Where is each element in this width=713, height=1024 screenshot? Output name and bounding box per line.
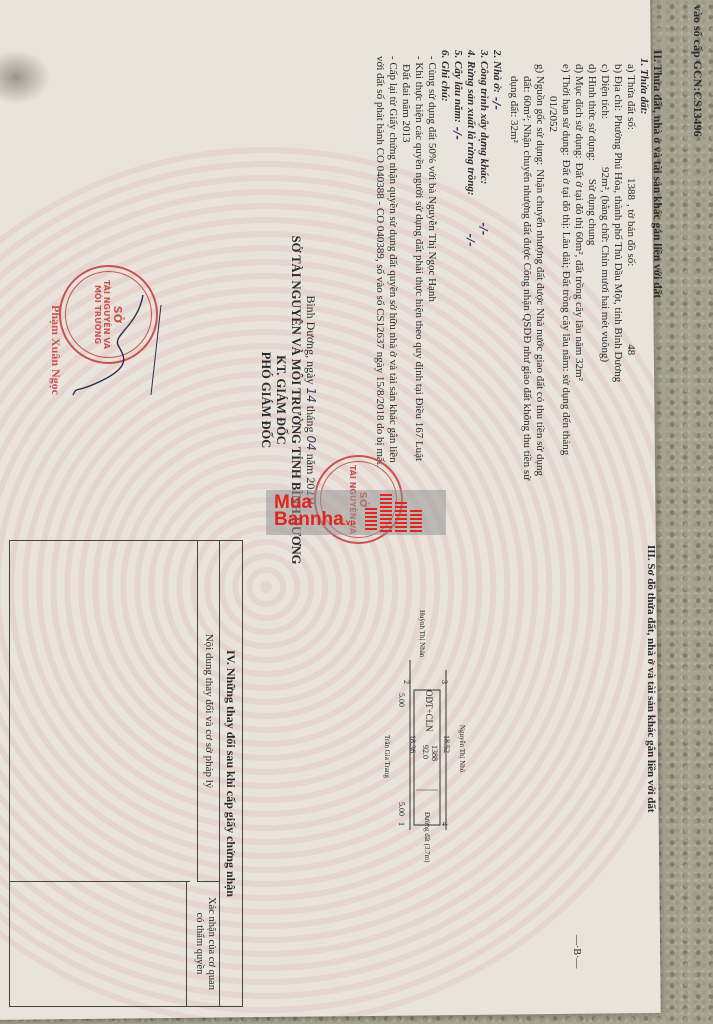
map-sheet-number: 48 — [624, 344, 637, 355]
vertex-4: 4 — [438, 822, 451, 826]
note-line: - Khi thực hiện các quyền người sử dụng … — [412, 50, 425, 480]
signature — [53, 285, 173, 405]
neighbor-left: Trần Gia Trang — [380, 735, 393, 778]
neighbor-top: Huỳnh Thị Nhàn — [415, 610, 428, 657]
item-house: 2. Nhà ở: -/- — [490, 50, 503, 480]
top-edge-length: 5.00 — [395, 693, 408, 707]
note-line: - Cùng sử dụng đất 50% với bà Nguyễn Thị… — [425, 50, 438, 480]
term-cont: 01/2052 — [546, 96, 559, 132]
term-row: e) Thời hạn sử dụng: Đất ở tại đô thị: L… — [559, 50, 572, 480]
road-label: Đường đất (3.7m) — [420, 812, 433, 862]
term-value: Đất ở tại đô thị: Lâu dài; Đất trồng cây… — [559, 160, 572, 456]
signer-name: Phạm Xuân Ngọc — [48, 305, 63, 395]
section-iii-title: III. Sơ đồ thửa đất, nhà ở và tài sản kh… — [644, 545, 657, 813]
watermark-logo: Mua Bannha.vn — [266, 490, 446, 535]
section-iv-title: IV. Những thay đổi sau khi cấp giấy chứn… — [219, 541, 242, 1006]
usage-form-row: d) Hình thức sử dụng: Sử dụng chung — [585, 50, 598, 480]
origin-row: g) Nguồn gốc sử dụng: Nhận chuyển nhượng… — [533, 50, 546, 480]
left-edge-length: 18.36 — [406, 735, 419, 753]
cut-mark: —·B·— — [570, 935, 583, 968]
note-line: với đất số phát hành CO 040388 - CO 0403… — [373, 50, 386, 480]
area-row: c) Diện tích: 92m², (bằng chữ: Chín mươi… — [598, 50, 611, 480]
table-divider — [10, 881, 190, 882]
authority-confirmation-header: Xác nhận của cơ quan có thẩm quyền — [186, 881, 220, 1006]
vertex-3: 3 — [438, 680, 451, 684]
address-row: b) Địa chỉ: Phường Phú Hòa, thành phố Th… — [611, 50, 624, 480]
item-other-construction: 3. Công trình xây dựng khác: -/- — [477, 50, 490, 480]
section-ii: II. Thửa đất, nhà ở và tài sản khác gắn … — [373, 50, 663, 480]
address-value: Phường Phú Hòa, thành phố Thủ Dầu Một, t… — [611, 115, 624, 382]
parcel-number: 1388 — [624, 178, 637, 200]
changes-table: IV. Những thay đổi sau khi cấp giấy chứn… — [9, 540, 243, 1007]
item-perennial-trees: 5. Cây lâu năm: -/- — [451, 50, 464, 480]
changes-content-header: Nội dung thay đổi và cơ sở pháp lý — [197, 541, 220, 882]
gcn-reference: vào sổ cấp GCN:CS13496 — [690, 5, 705, 137]
note-line: - Cấp lại từ Giấy chứng nhận quyền sử dụ… — [386, 50, 399, 480]
parcel-code: ODT+CLN — [422, 690, 435, 732]
notes-heading: 6. Ghi chú: — [438, 50, 451, 480]
purpose-row: đ) Mục đích sử dụng: Đất ở tại đô thị 60… — [572, 50, 585, 480]
right-edge-length: 18.52 — [440, 735, 453, 753]
item-plantation-forest: 4. Rừng sản xuất là rừng trồng: -/- — [464, 50, 477, 480]
area-value: 92m², (bằng chữ: Chín mươi hai mét vuông… — [598, 167, 611, 362]
parcel-area-diagram: 92.0 — [419, 745, 432, 759]
origin-value: Nhận chuyển nhượng đất được Nhà nước gia… — [533, 169, 546, 476]
parcel-row: a) Thửa đất số: 1388 , tờ bản đồ số: 48 — [624, 50, 637, 480]
land-heading: 1. Thửa đất: — [637, 50, 650, 480]
note-line: Đất đai năm 2013 — [399, 50, 412, 480]
neighbor-right: Nguyễn Thị Nhỏ — [455, 725, 468, 772]
bottom-edge-length: 5.00 — [395, 802, 408, 816]
building-icon — [365, 494, 422, 532]
purpose-value: Đất ở tại đô thị 60m², đất trồng cây lâu… — [572, 163, 585, 381]
vertex-1: 1 — [395, 822, 408, 826]
usage-form-value: Sử dụng chung — [585, 179, 598, 245]
section-ii-title: II. Thửa đất, nhà ở và tài sản khác gắn … — [650, 50, 663, 480]
vertex-2: 2 — [400, 680, 413, 684]
